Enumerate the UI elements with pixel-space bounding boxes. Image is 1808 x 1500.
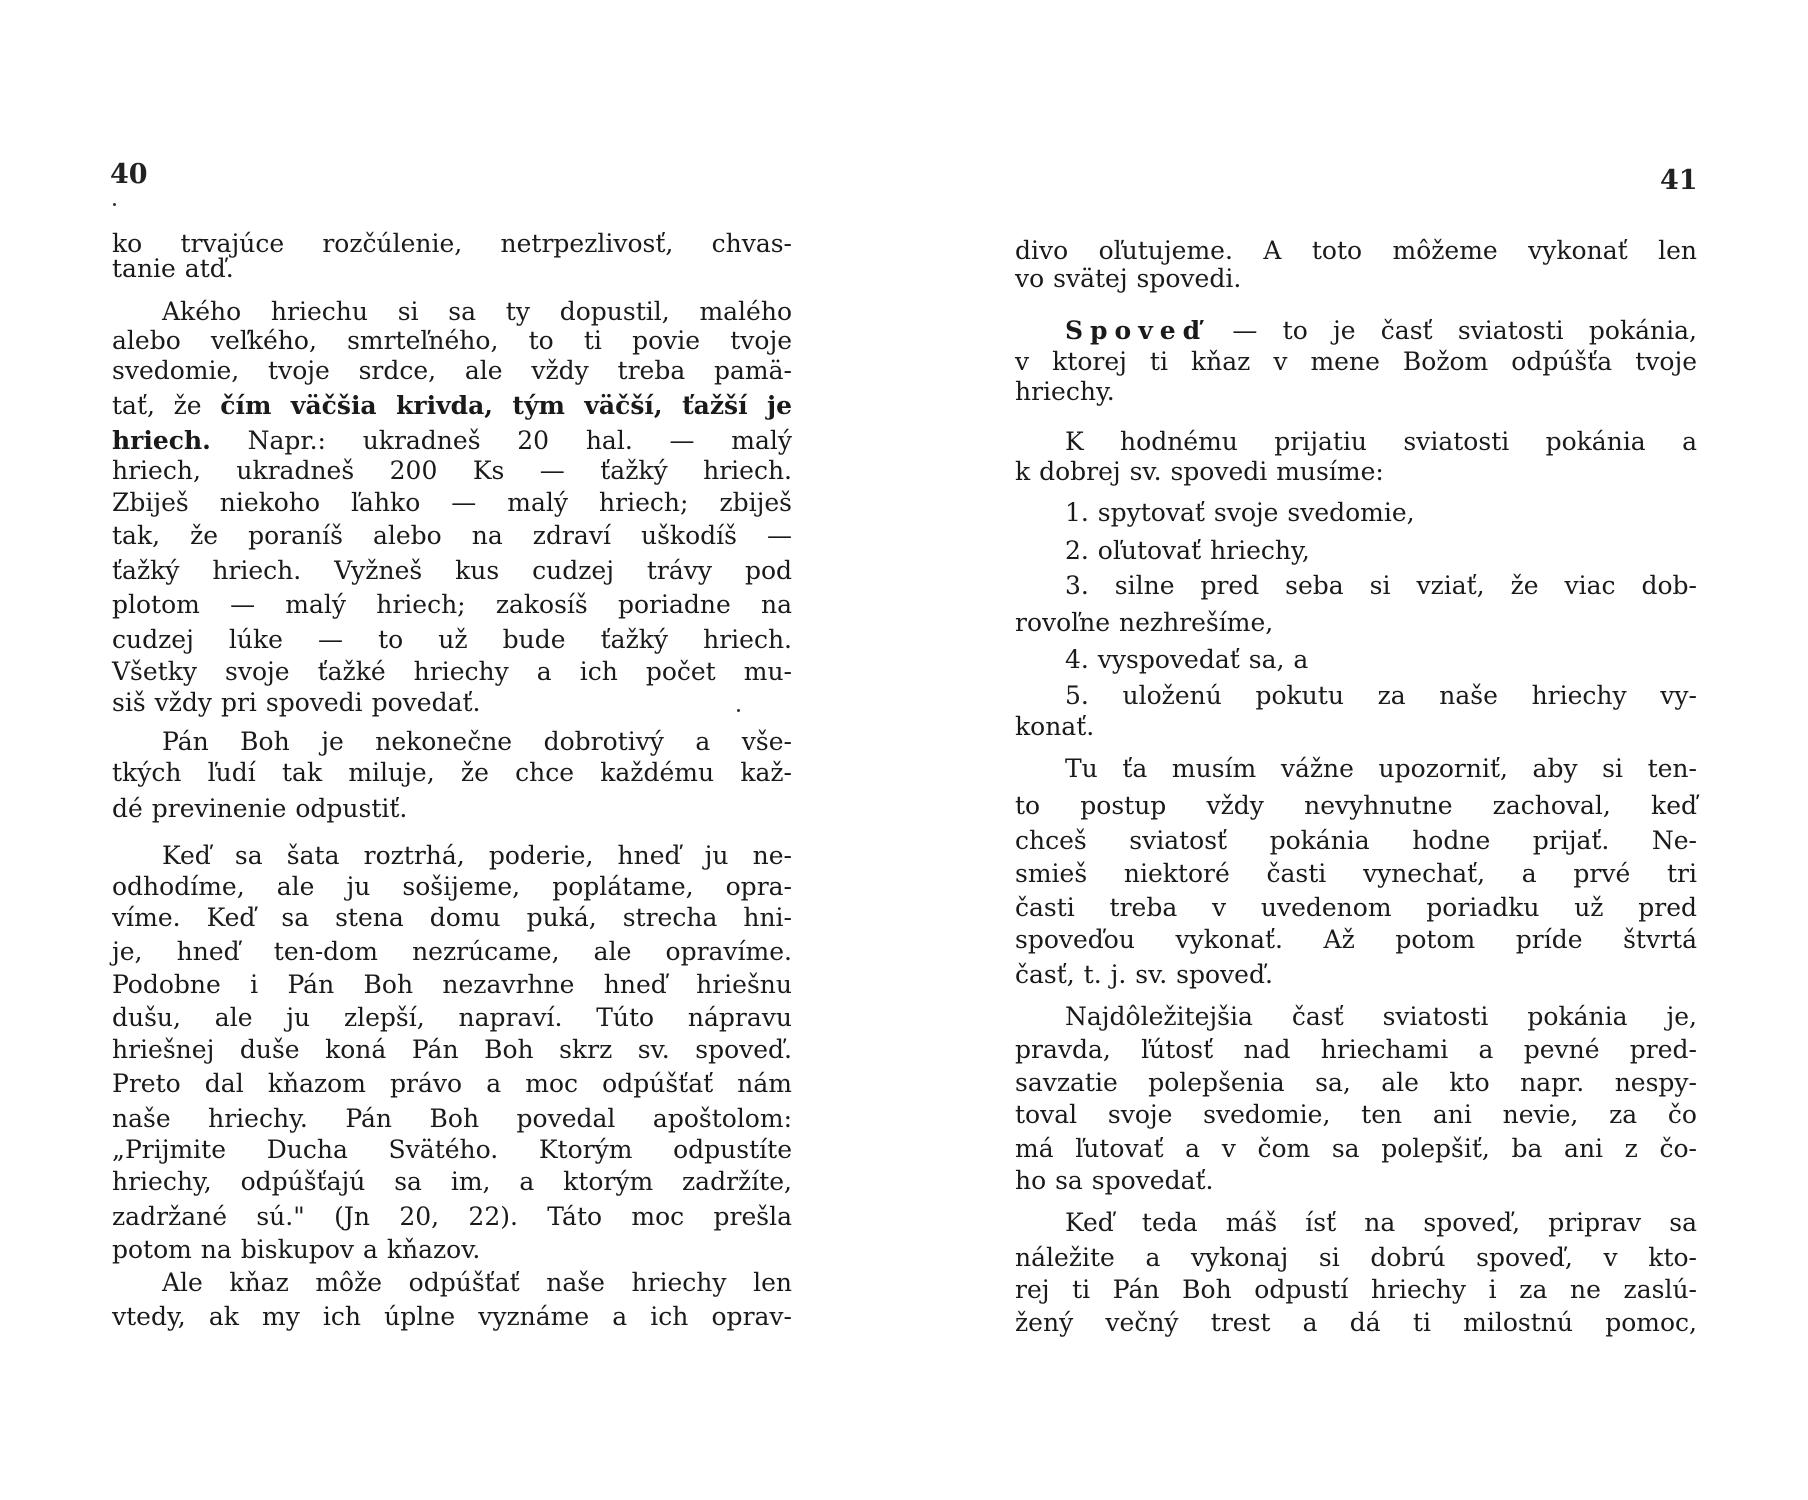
text-line: má ľutovať a v čom sa polepšiť, ba ani z… [1015,1134,1697,1164]
paragraph-start: K hodnému prijatiu sviatosti pokánia a [1015,427,1697,457]
list-item-continuation: konať. [1015,712,1697,742]
text-line: Podobne i Pán Boh nezavrhne hneď hriešnu [112,970,792,1000]
term-heading: Spoveď [1065,316,1207,345]
text-line: toval svoje svedomie, ten ani nevie, za … [1015,1100,1697,1130]
text-line: dušu, ale ju zlepší, napraví. Túto nápra… [112,1003,792,1033]
text-line: divo oľutujeme. A toto môžeme vykonať le… [1015,236,1697,266]
text-line: vtedy, ak my ich úplne vyznáme a ich opr… [112,1302,792,1332]
text-line: ťažký hriech. Vyžneš kus cudzej trávy po… [112,556,792,586]
text-line: potom na biskupov a kňazov. [112,1235,792,1265]
text-line: siš vždy pri spovedi povedať. [112,688,792,718]
text-line: hriechy. [1015,377,1697,407]
list-item-continuation: rovoľne nezhrešíme, [1015,608,1697,638]
text-line: tanie atď. [112,254,792,284]
text-line: naše hriechy. Pán Boh povedal apoštolom: [112,1104,792,1134]
text-line: to postup vždy nevyhnutne zachoval, keď [1015,791,1697,821]
emphasis-text: hriech. [112,426,211,455]
text-line: zadržané sú." (Jn 20, 22). Táto moc preš… [112,1202,792,1232]
text-line: svedomie, tvoje srdce, ale vždy treba pa… [112,356,792,386]
text-line: tkých ľudí tak miluje, že chce každému k… [112,758,792,788]
list-item: 5. uloženú pokutu za naše hriechy vy- [1015,681,1697,711]
text-line: je, hneď ten-dom nezrúcame, ale opravíme… [112,937,792,967]
list-item: 1. spytovať svoje svedomie, [1015,498,1697,528]
text-line: savzatie polepšenia sa, ale kto napr. ne… [1015,1068,1697,1098]
left-page: 40 ko trvajúce rozčúlenie, netrpezlivosť… [0,0,904,1500]
text-line: žený večný trest a dá ti milostnú pomoc, [1015,1308,1697,1338]
text-line: v ktorej ti kňaz v mene Božom odpúšťa tv… [1015,347,1697,377]
paragraph-start: Tu ťa musím vážne upozorniť, aby si ten- [1015,754,1697,784]
list-item: 2. oľutovať hriechy, [1015,536,1697,566]
list-item: 3. silne pred seba si vziať, že viac dob… [1015,571,1697,601]
text-line: hriešnej duše koná Pán Boh skrz sv. spov… [112,1035,792,1065]
text-line: hriech, ukradneš 200 Ks — ťažký hriech. [112,456,792,486]
print-speck [737,709,740,712]
text-line: časti treba v uvedenom poriadku už pred [1015,893,1697,923]
paragraph-start: Ale kňaz môže odpúšťať naše hriechy len [112,1268,792,1298]
text-line: alebo veľkého, smrteľného, to ti povie t… [112,326,792,356]
text-line: Preto dal kňazom právo a moc odpúšťať ná… [112,1069,792,1099]
text-line: hriechy, odpúšťajú sa im, a ktorým zadrž… [112,1167,792,1197]
paragraph-start: Pán Boh je nekonečne dobrotivý a vše- [112,727,792,757]
text-line: k dobrej sv. spovedi musíme: [1015,457,1697,487]
paragraph-start: Keď teda máš ísť na spoveď, priprav sa [1015,1208,1697,1238]
text-line: pravda, ľútosť nad hriechami a pevné pre… [1015,1035,1697,1065]
text-line: dé previnenie odpustiť. [112,794,792,824]
text-segment: Napr.: ukradneš 20 hal. — malý [211,426,792,455]
print-speck [113,203,116,206]
emphasis-text: čím väčšia krivda, tým väčší, ťažší je [220,391,792,420]
text-line: hriech. Napr.: ukradneš 20 hal. — malý [112,426,792,456]
text-line: vo svätej spovedi. [1015,264,1697,294]
text-line: rej ti Pán Boh odpustí hriechy i za ne z… [1015,1275,1697,1305]
text-line: odhodíme, ale ju sošijeme, poplátame, op… [112,872,792,902]
page-number: 41 [1660,166,1698,196]
text-segment: tať, že [112,391,220,420]
text-line: ho sa spovedať. [1015,1166,1697,1196]
text-line: Zbiješ niekoho ľahko — malý hriech; zbij… [112,488,792,518]
text-line: plotom — malý hriech; zakosíš poriadne n… [112,590,792,620]
paragraph-start: Keď sa šata roztrhá, poderie, hneď ju ne… [112,841,792,871]
text-line: Všetky svoje ťažké hriechy a ich počet m… [112,657,792,687]
text-line: chceš sviatosť pokánia hodne prijať. Ne- [1015,826,1697,856]
paragraph-start: Akého hriechu si sa ty dopustil, malého [112,297,792,327]
text-line: cudzej lúke — to už bude ťažký hriech. [112,625,792,655]
text-line: víme. Keď sa stena domu puká, strecha hn… [112,903,792,933]
text-line: náležite a vykonaj si dobrú spoveď, v kt… [1015,1243,1697,1273]
text-segment: — to je časť sviatosti pokánia, [1207,316,1697,345]
page-number: 40 [110,160,148,190]
paragraph-start: Spoveď — to je časť sviatosti pokánia, [1015,316,1697,346]
text-line: tak, že poraníš alebo na zdraví uškodíš … [112,521,792,551]
paragraph-start: Najdôležitejšia časť sviatosti pokánia j… [1015,1002,1697,1032]
text-line: smieš niektoré časti vynechať, a prvé tr… [1015,859,1697,889]
text-line: spoveďou vykonať. Až potom príde štvrtá [1015,925,1697,955]
text-line: časť, t. j. sv. spoveď. [1015,960,1697,990]
text-line: „Prijmite Ducha Svätého. Ktorým odpustít… [112,1135,792,1165]
right-page: 41 divo oľutujeme. A toto môžeme vykonať… [904,0,1808,1500]
list-item: 4. vyspovedať sa, a [1015,645,1697,675]
text-line: tať, že čím väčšia krivda, tým väčší, ťa… [112,391,792,421]
